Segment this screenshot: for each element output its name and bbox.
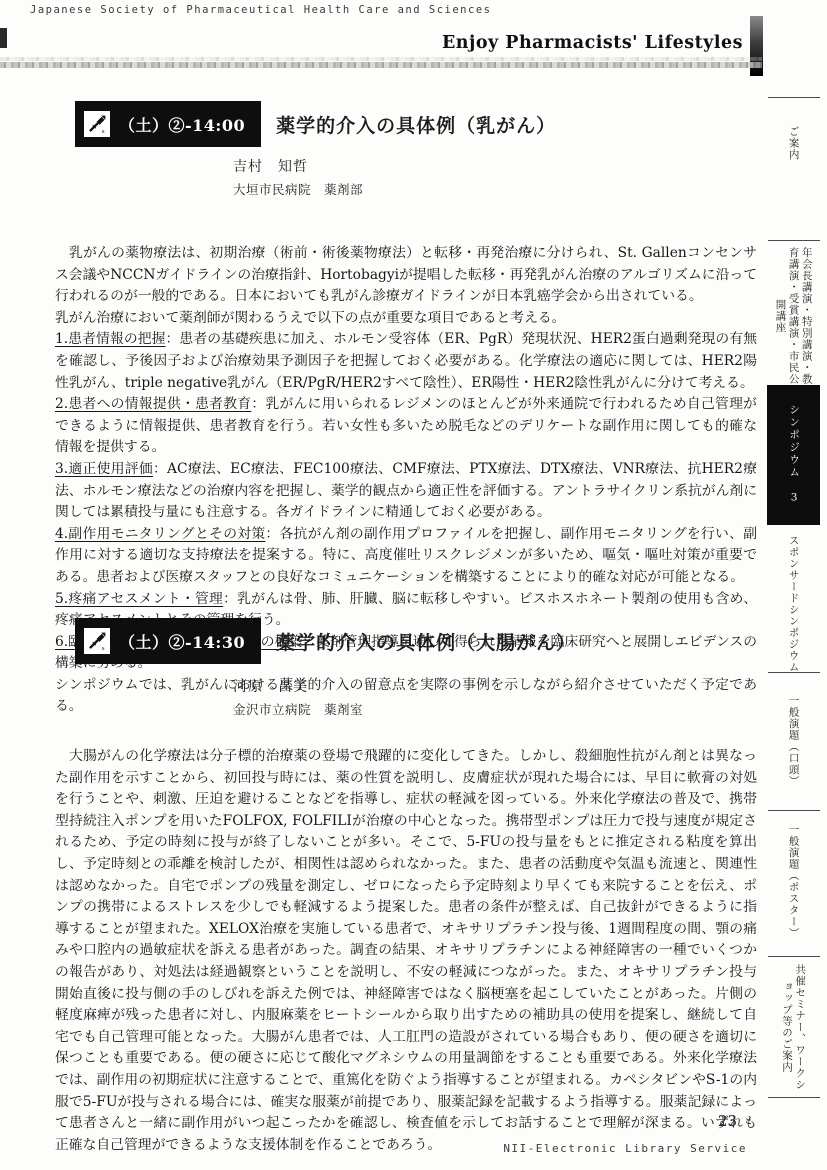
tab-label: 一般演題（ポスター） — [786, 816, 799, 946]
sidebar-tab-sponsored-symposium: スポンサードシンポジウム — [764, 534, 822, 674]
session-1-time: （土）②-14:00 — [119, 113, 245, 136]
item-text: ：AC療法、EC療法、FEC100療法、CMF療法、PTX療法、DTX療法、VN… — [55, 461, 757, 520]
session-1-title: 薬学的介入の具体例（乳がん） — [276, 111, 556, 138]
numbered-item: 4.副作用モニタリングとその対策：各抗がん剤の副作用プロファイルを把握し、副作用… — [55, 524, 757, 589]
session-2-time: （土）②-14:30 — [119, 630, 245, 653]
svg-text:s: s — [102, 129, 105, 134]
document-page: Japanese Society of Pharmaceutical Healt… — [0, 0, 827, 1170]
tab-label: ご案内 — [786, 103, 799, 183]
svg-text:s: s — [102, 646, 105, 651]
session-2-header: s （土）②-14:30 薬学的介入の具体例（大腸がん） — [75, 618, 576, 664]
tab-divider — [768, 810, 820, 811]
slogan: Enjoy Pharmacists' Lifestyles — [442, 33, 743, 53]
page-number: 23 — [718, 1112, 737, 1130]
sidebar-tab-symposium-3-active: シンポジウム 3 — [767, 385, 820, 525]
sidebar-tab-lectures: 年会長講演・特別講演・教育講演・受賞講演・市民公開講座 — [764, 246, 822, 386]
session-2-time-box: s （土）②-14:30 — [75, 618, 261, 664]
society-name: Japanese Society of Pharmaceutical Healt… — [30, 4, 491, 16]
session-2-title: 薬学的介入の具体例（大腸がん） — [276, 628, 576, 655]
paragraph: 乳がん治療において薬剤師が関わるうえで以下の点が重要な項目であると考える。 — [55, 308, 757, 330]
session-1-time-box: s （土）②-14:00 — [75, 101, 261, 147]
paragraph: シンポジウムでは、乳がんにおける薬学的介入の留意点を実際の事例を示しながら紹介さ… — [55, 675, 757, 718]
trumpet-icon: s — [84, 111, 110, 137]
tab-divider — [768, 1097, 820, 1098]
session-2-author: 河原 昌美 — [233, 676, 308, 696]
tab-divider — [768, 240, 820, 241]
tab-label: 共催セミナー、ワークショップ等のご案内 — [780, 962, 806, 1092]
item-heading: 3.適正使用評価 — [55, 461, 153, 477]
tab-label: シンポジウム 3 — [787, 385, 800, 525]
item-heading: 5.疼痛アセスメント・管理 — [55, 591, 223, 607]
item-heading: 1.患者情報の把握 — [55, 331, 166, 347]
header-rule-soft — [0, 57, 762, 61]
tab-divider — [768, 956, 820, 957]
session-1-affiliation: 大垣市民病院 薬剤部 — [233, 180, 363, 198]
tab-label: スポンサードシンポジウム — [786, 534, 799, 674]
sidebar-tab-goannai: ご案内 — [764, 103, 822, 183]
numbered-item: 2.患者への情報提供・患者教育：乳がんに用いられるレジメンのほとんどが外来通院で… — [55, 394, 757, 459]
sidebar-tab-seminars-workshops: 共催セミナー、ワークショップ等のご案内 — [764, 962, 822, 1092]
item-heading: 4.副作用モニタリングとその対策 — [55, 526, 265, 542]
tab-divider — [768, 97, 820, 98]
sidebar-tab-oral-presentations: 一般演題（口頭） — [764, 682, 822, 800]
header-rule — [0, 62, 762, 68]
item-heading: 2.患者への情報提供・患者教育 — [55, 396, 251, 412]
session-1-author: 吉村 知哲 — [233, 156, 308, 176]
numbered-item: 3.適正使用評価：AC療法、EC療法、FEC100療法、CMF療法、PTX療法、… — [55, 459, 757, 524]
tab-label: 一般演題（口頭） — [786, 682, 799, 800]
numbered-item: 1.患者情報の把握：患者の基礎疾患に加え、ホルモン受容体（ER、PgR）発現状況… — [55, 329, 757, 394]
session-2-abstract: 大腸がんの化学療法は分子標的治療薬の登場で飛躍的に変化してきた。しかし、殺細胞性… — [55, 746, 757, 1156]
scan-edge-mark — [0, 28, 7, 48]
sidebar-tab-poster-presentations: 一般演題（ポスター） — [764, 816, 822, 946]
tab-divider — [768, 672, 820, 673]
paragraph: 乳がんの薬物療法は、初期治療（術前・術後薬物療法）と転移・再発治療に分けられ、S… — [55, 243, 757, 308]
paragraph: 大腸がんの化学療法は分子標的治療薬の登場で飛躍的に変化してきた。しかし、殺細胞性… — [55, 746, 757, 1156]
nii-service-label: NII-Electronic Library Service — [503, 1142, 747, 1155]
tab-label: 年会長講演・特別講演・教育講演・受賞講演・市民公開講座 — [773, 246, 812, 386]
session-1-header: s （土）②-14:00 薬学的介入の具体例（乳がん） — [75, 101, 556, 147]
trumpet-icon: s — [84, 628, 110, 654]
session-2-affiliation: 金沢市立病院 薬剤室 — [233, 700, 363, 718]
